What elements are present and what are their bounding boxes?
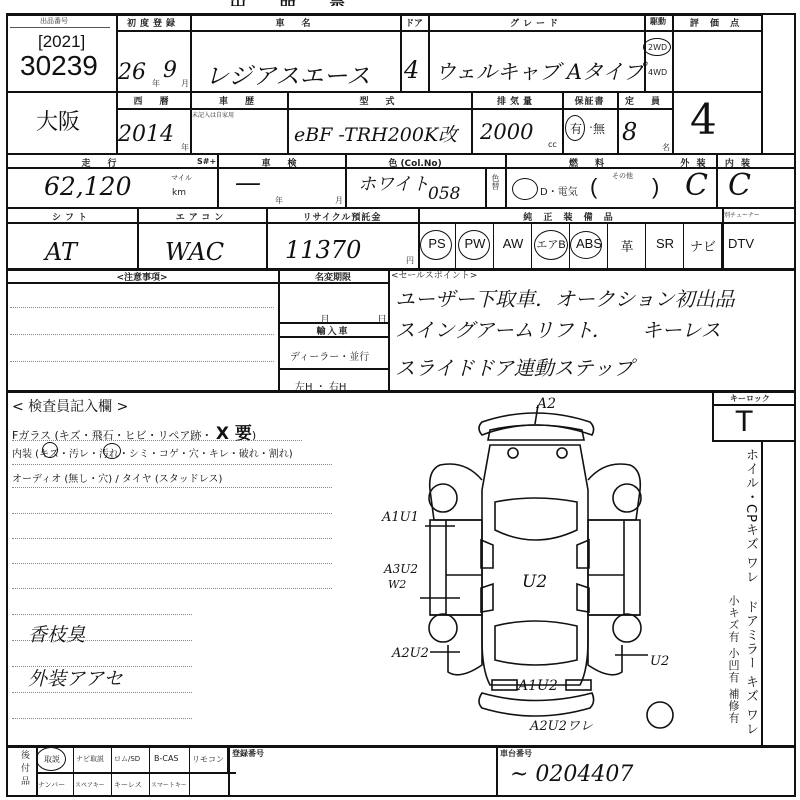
first-registration-label: 初度登録	[116, 16, 190, 29]
mileage: 62,120	[44, 172, 131, 201]
chassis-number-label: 車台番号	[500, 748, 532, 759]
registration-number-label: 登録番号	[232, 748, 264, 759]
equipment-ps[interactable]: PS	[418, 222, 456, 268]
chassis-number: ~ 0204407	[510, 762, 633, 787]
interior-grade: C	[728, 168, 751, 203]
sales-point-2: スイングアームリフト． キーレス	[395, 314, 721, 343]
model-code: eBF -TRH200K改	[294, 120, 457, 147]
exterior-grade: C	[685, 168, 708, 203]
mark-left-rear: A2U2	[392, 646, 429, 661]
mark-right-rear: U2	[650, 654, 669, 669]
score-label: 評 価 点	[672, 16, 761, 29]
mark-rear-bumper: A2U2ワレ	[530, 715, 593, 734]
door-mirror-note: ドアミラー キズ ワレ	[741, 600, 760, 736]
grade-label: グレード	[428, 16, 644, 29]
accessory-smart-key[interactable]: スマートキー	[150, 772, 190, 797]
drive-label: 駆動	[644, 16, 672, 27]
accessories-label: 後付品	[18, 750, 31, 789]
inspection-expiry: —	[235, 168, 261, 198]
mark-left-front-door: A1U1	[382, 510, 419, 525]
mark-front: A2	[537, 396, 556, 412]
equipment-leather[interactable]: 革	[608, 222, 646, 268]
recycle-fee: 11370	[285, 236, 361, 264]
accessory-keyless[interactable]: キーレス	[112, 772, 150, 797]
lot-number: 30239	[20, 50, 98, 82]
mark-left-slide-door-w: W2	[388, 578, 406, 591]
wheel-cap-note: ホイル・CPキズ ワレ	[741, 448, 760, 584]
equipment-sunroof[interactable]: SR	[646, 222, 684, 268]
western-year: 2014	[118, 122, 174, 147]
inspector-section-label: < 検査員記入欄 >	[12, 396, 128, 416]
drive-2wd-circle	[643, 38, 671, 56]
door-label: ドア	[400, 16, 428, 29]
transmission: AT	[45, 238, 77, 266]
accessory-remote[interactable]: リモコン	[190, 745, 228, 772]
drive-4wd[interactable]: 4WD	[648, 68, 667, 77]
sales-point-label: <セールスポイント>	[391, 268, 477, 281]
first-registration-month: 9	[163, 58, 177, 83]
dealer-parallel: ディーラー・並行	[290, 348, 369, 363]
fuel-options[interactable]: D・電気	[540, 183, 578, 198]
mark-left-slide-door: A3U2	[384, 562, 418, 576]
keylock-value: T	[735, 405, 753, 439]
door-count: 4	[404, 56, 419, 84]
equipment-navi[interactable]: ナビ	[684, 222, 722, 268]
accessory-rom-sd[interactable]: ロム/SD	[112, 745, 150, 772]
equipment-aw[interactable]: AW	[494, 222, 532, 268]
document-title-partial: 出 品 票	[230, 0, 450, 6]
equipment-grid: PS PW AW エアB ABS 革 SR ナビ DTV	[418, 222, 796, 268]
lot-number-label: 出品番号	[40, 16, 68, 26]
mark-rear-gate: A1U2	[518, 678, 558, 694]
grade: ウェルキャブ Aタイプ	[435, 56, 644, 86]
steering-side: 左H ・ 右H	[295, 378, 346, 393]
car-name-label: 車 名	[190, 16, 400, 29]
equipment-airbag[interactable]: エアB	[532, 222, 570, 268]
audio-tire-line: オーディオ (無し・穴) / タイヤ (スタッドレス)	[12, 470, 222, 485]
car-name: レジアスエース	[205, 56, 370, 91]
score: 4	[690, 95, 717, 144]
accessory-plate[interactable]: ナンバー	[36, 772, 74, 797]
body-color: ホワイト	[358, 170, 429, 196]
equipment-pw[interactable]: PW	[456, 222, 494, 268]
mark-roof: U2	[522, 572, 547, 592]
equipment-dtv[interactable]: DTV	[722, 222, 760, 268]
equipment-abs[interactable]: ABS	[570, 222, 608, 268]
inspector-note-2: 外装アアセ	[28, 664, 123, 691]
caution-label: <注意事項>	[6, 270, 278, 283]
location: 大阪	[36, 105, 80, 136]
displacement: 2000	[480, 120, 533, 144]
wheel-minor-note: 小キズ有 小凹有 補修有	[725, 595, 741, 724]
year-code: [2021]	[38, 32, 85, 52]
seating-capacity: 8	[622, 118, 637, 146]
history-note: 未記入は自家用	[192, 110, 234, 119]
aircon: WAC	[165, 238, 224, 266]
accessory-bcas[interactable]: B-CAS	[150, 745, 190, 772]
keylock-label: キーロック	[730, 393, 770, 404]
sales-point-3: スライドドア連動ステップ	[395, 352, 633, 381]
first-registration-year: 26	[118, 60, 146, 85]
accessory-spare-key[interactable]: スペアキー	[74, 772, 112, 797]
accessory-navi-manual[interactable]: ナビ取説	[74, 745, 112, 772]
accessory-manual[interactable]: 取説	[36, 745, 74, 772]
fuel-g-selected	[512, 178, 538, 200]
inspector-note-1: 香枝臭	[28, 620, 85, 647]
color-number: 058	[428, 184, 460, 204]
sales-point-1: ユーザー下取車．オークション初出品	[395, 283, 735, 312]
